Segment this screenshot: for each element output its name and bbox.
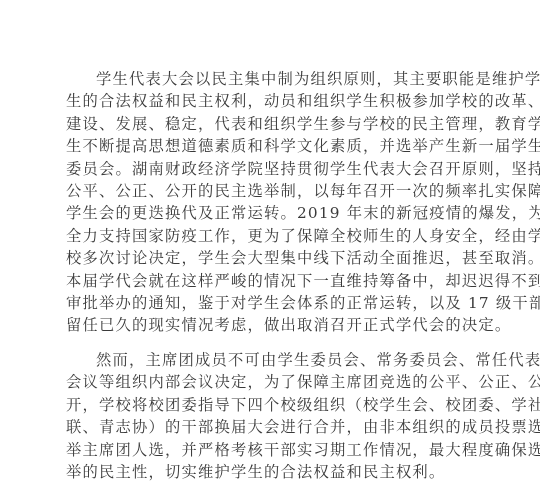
text-line: 生不断提高思想道德素质和科学文化素质，并选举产生新一届学生 bbox=[66, 135, 476, 157]
text-line: 然而，主席团成员不可由学生委员会、常务委员会、常任代表 bbox=[66, 349, 476, 371]
text-line: 校多次讨论决定，学生会大型集中线下活动全面推迟，甚至取消。 bbox=[66, 247, 476, 269]
text-line: 开，学校将校团委指导下四个校级组织（校学生会、校团委、学社 bbox=[66, 394, 476, 416]
text-line: 本届学代会就在这样严峻的情况下一直维持筹备中，却迟迟得不到 bbox=[66, 270, 476, 292]
text-line: 学生会的更迭换代及正常运转。2019 年末的新冠疫情的爆发，为 bbox=[66, 202, 476, 224]
paragraph-1: 学生代表大会以民主集中制为组织原则，其主要职能是维护学 生的合法权益和民主权利，… bbox=[66, 68, 476, 337]
text-line: 全力支持国家防疫工作，更为了保障全校师生的人身安全，经由学 bbox=[66, 225, 476, 247]
text-line: 举的民主性，切实维护学生的合法权益和民主权利。 bbox=[66, 461, 476, 483]
text-line: 审批举办的通知，鉴于对学生会体系的正常运转，以及 17 级干部 bbox=[66, 292, 476, 314]
document-body: 学生代表大会以民主集中制为组织原则，其主要职能是维护学 生的合法权益和民主权利，… bbox=[66, 68, 476, 483]
text-line: 公平、公正、公开的民主选举制，以每年召开一次的频率扎实保障 bbox=[66, 180, 476, 202]
text-line: 建设、发展、稳定，代表和组织学生参与学校的民主管理，教育学 bbox=[66, 113, 476, 135]
text-line: 联、青志协）的干部换届大会进行合并，由非本组织的成员投票选 bbox=[66, 416, 476, 438]
text-line: 举主席团人选，并严格考核干部实习期工作情况，最大程度确保选 bbox=[66, 439, 476, 461]
text-line: 委员会。湖南财政经济学院坚持贯彻学生代表大会召开原则，坚持 bbox=[66, 158, 476, 180]
text-line: 学生代表大会以民主集中制为组织原则，其主要职能是维护学 bbox=[66, 68, 476, 90]
text-line: 会议等组织内部会议决定，为了保障主席团竞选的公平、公正、公 bbox=[66, 371, 476, 393]
text-line: 生的合法权益和民主权利，动员和组织学生积极参加学校的改革、 bbox=[66, 90, 476, 112]
text-line: 留任已久的现实情况考虑，做出取消召开正式学代会的决定。 bbox=[66, 314, 476, 336]
paragraph-2: 然而，主席团成员不可由学生委员会、常务委员会、常任代表 会议等组织内部会议决定，… bbox=[66, 349, 476, 483]
